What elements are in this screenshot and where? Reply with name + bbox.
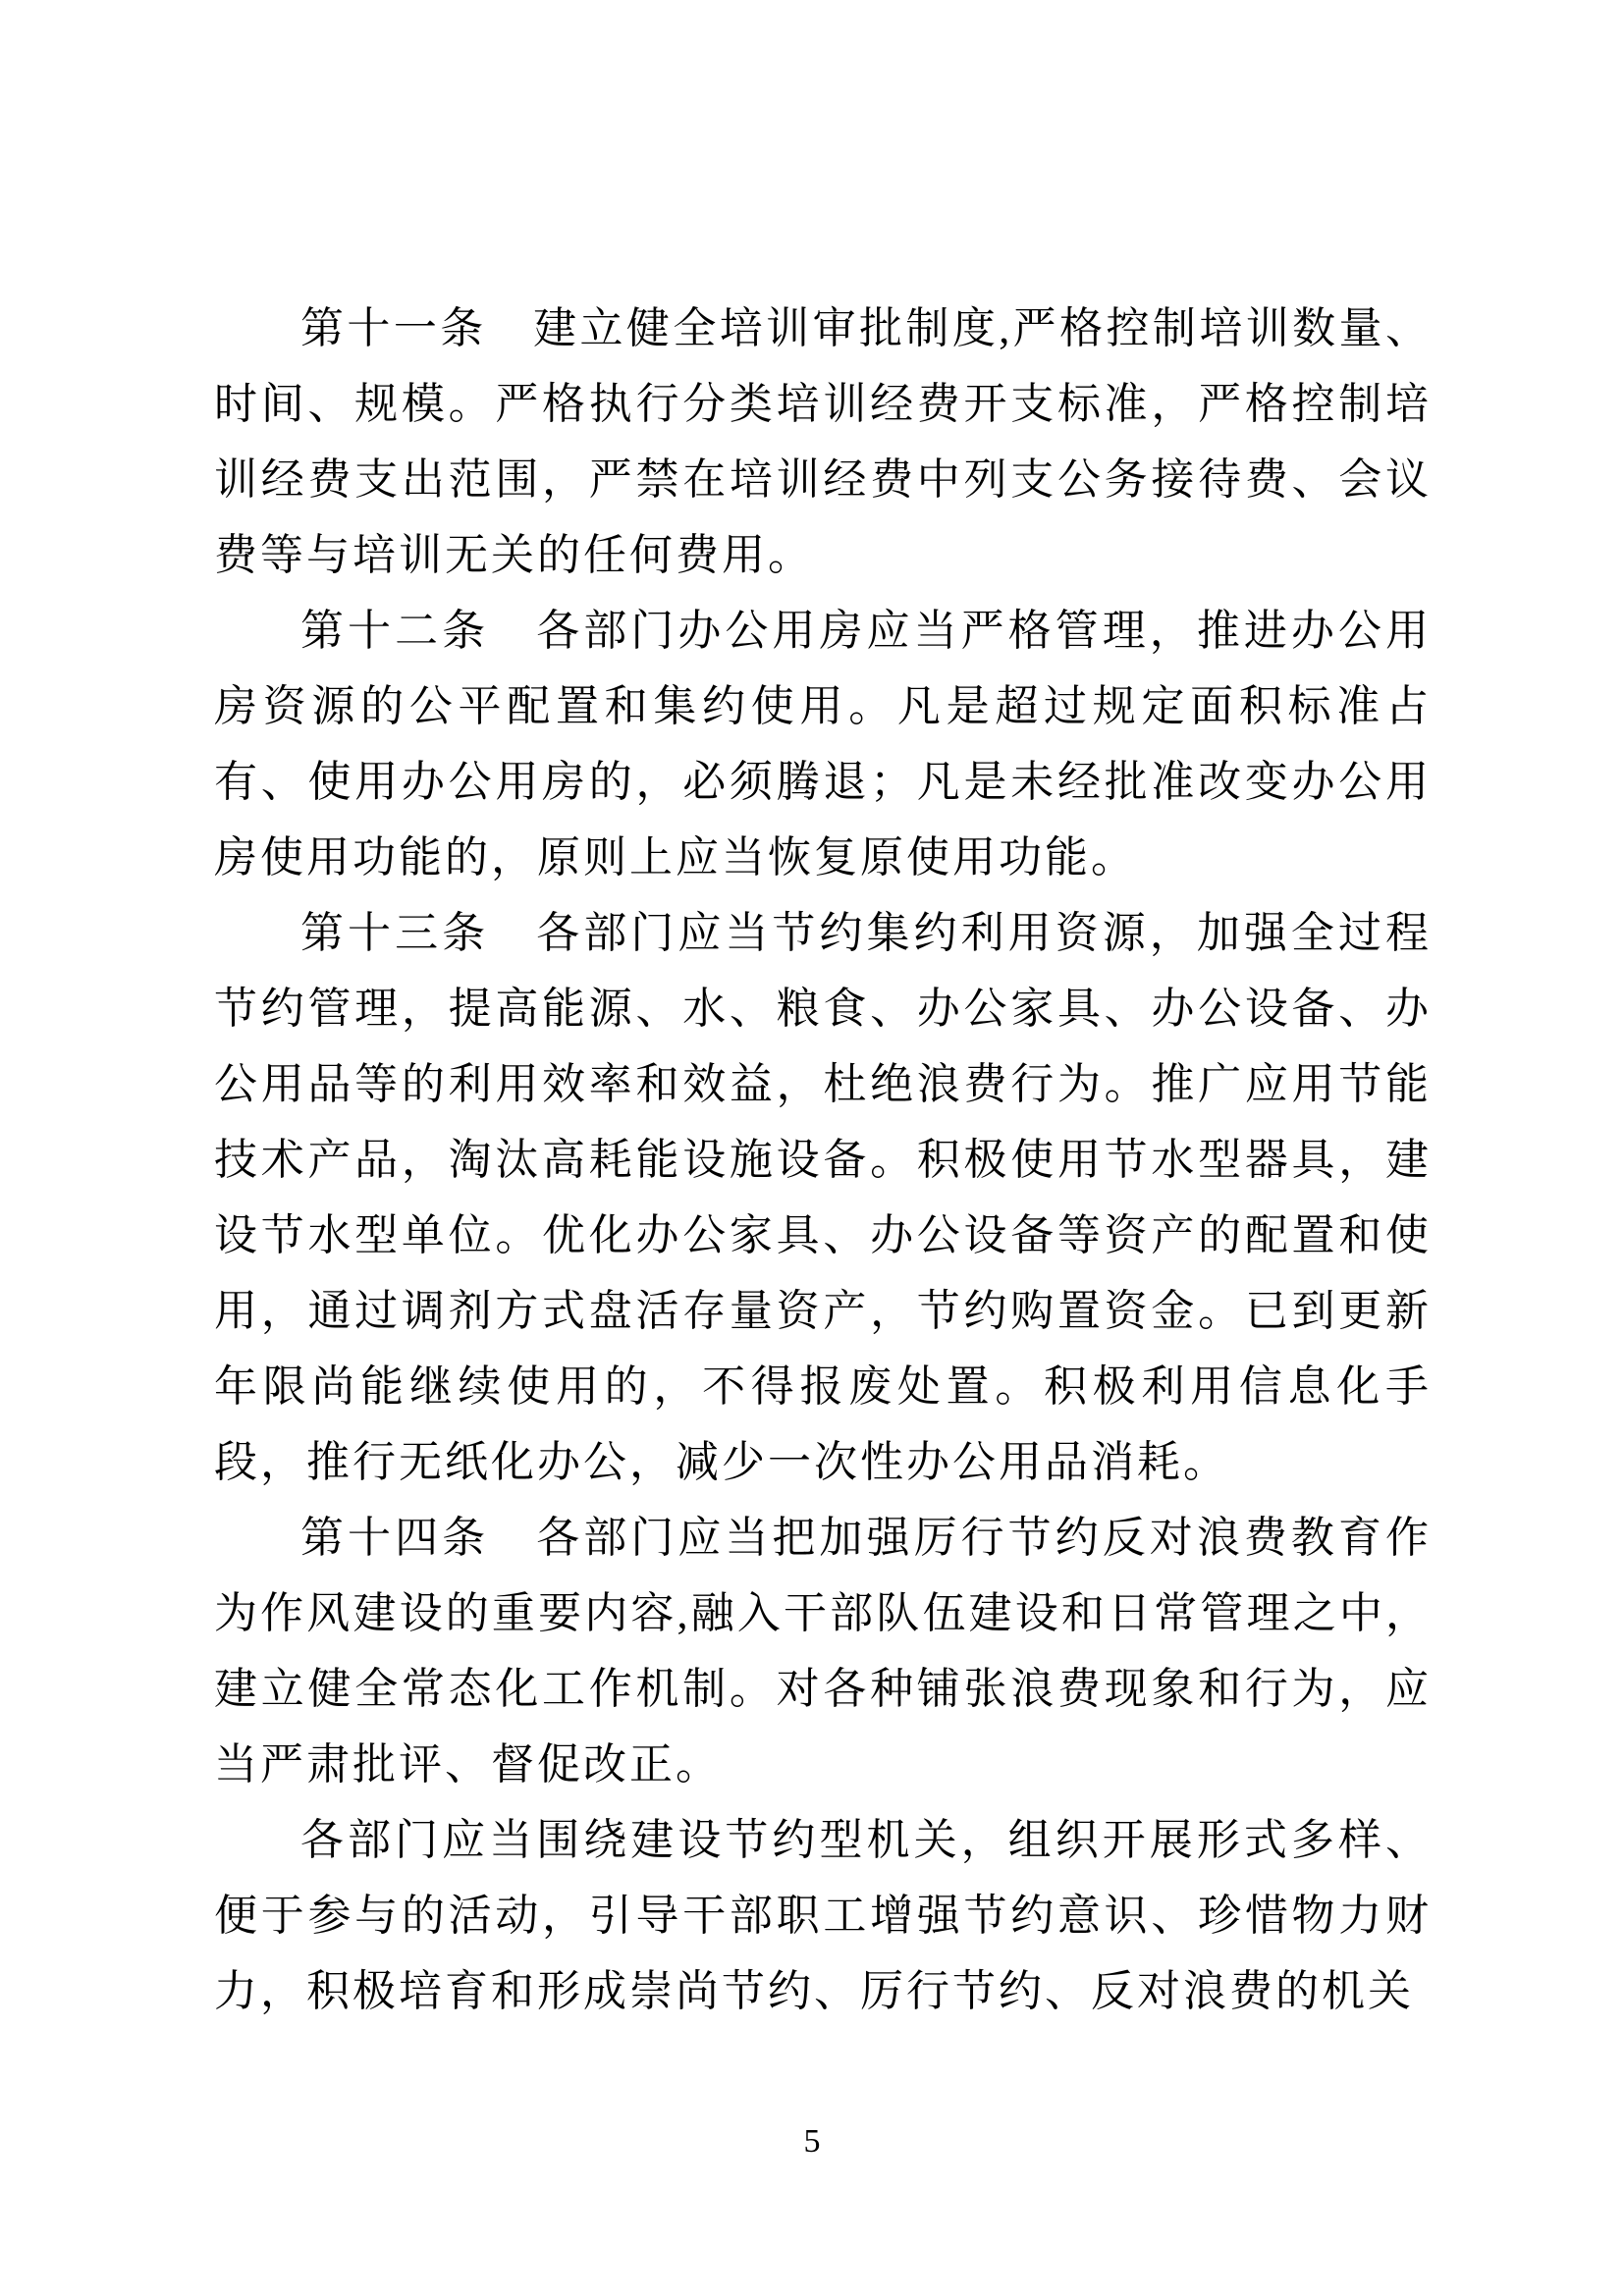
page-footer: 5 <box>0 2120 1624 2163</box>
page-number: 5 <box>804 2123 821 2160</box>
document-page: 第十一条 建立健全培训审批制度,严格控制培训数量、时间、规模。严格执行分类培训经… <box>0 0 1624 2296</box>
paragraph-article-11: 第十一条 建立健全培训审批制度,严格控制培训数量、时间、规模。严格执行分类培训经… <box>214 291 1432 593</box>
document-body: 第十一条 建立健全培训审批制度,严格控制培训数量、时间、规模。严格执行分类培训经… <box>214 291 1432 2029</box>
paragraph-article-13: 第十三条 各部门应当节约集约利用资源，加强全过程节约管理，提高能源、水、粮食、办… <box>214 895 1432 1500</box>
paragraph-article-14-continuation: 各部门应当围绕建设节约型机关，组织开展形式多样、便于参与的活动，引导干部职工增强… <box>214 1802 1432 2029</box>
paragraph-article-14: 第十四条 各部门应当把加强厉行节约反对浪费教育作为作风建设的重要内容,融入干部队… <box>214 1500 1432 1802</box>
paragraph-article-12: 第十二条 各部门办公用房应当严格管理，推进办公用房资源的公平配置和集约使用。凡是… <box>214 593 1432 895</box>
